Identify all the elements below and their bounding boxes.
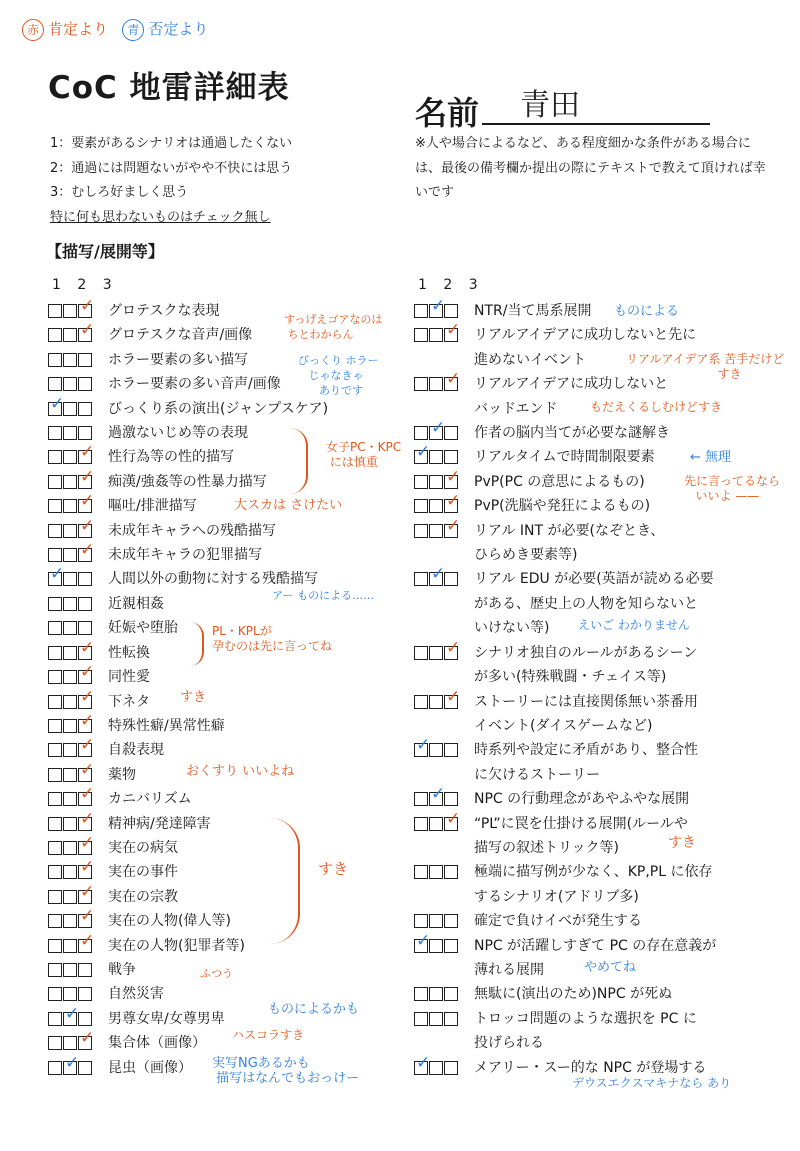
rating-checkboxes bbox=[48, 616, 108, 636]
checkmark-icon: ✓ bbox=[80, 811, 94, 828]
rating-checkboxes: ✓ bbox=[48, 567, 108, 587]
checkmark-icon: ✓ bbox=[80, 542, 94, 559]
checkbox-level-2[interactable] bbox=[429, 695, 443, 709]
checkbox-level-3[interactable] bbox=[444, 304, 458, 318]
annotation-cluster: ハスコラすき bbox=[232, 1028, 304, 1043]
item-label: ストーリーには直接関係無い茶番用 イベント(ダイスゲームなど) bbox=[474, 690, 774, 739]
rating-checkboxes: ✓ bbox=[414, 641, 474, 661]
checkbox-level-1[interactable] bbox=[48, 1012, 62, 1026]
checklist-row: ✓ストーリーには直接関係無い茶番用 イベント(ダイスゲームなど) bbox=[414, 690, 774, 739]
checkbox-level-3[interactable]: ✓ bbox=[78, 743, 92, 757]
item-label: NPC の行動理念があやふやな展開 bbox=[474, 787, 774, 811]
checkbox-level-1[interactable] bbox=[48, 304, 62, 318]
checkbox-level-2[interactable] bbox=[63, 768, 77, 782]
rating-checkboxes: ✓ bbox=[414, 567, 474, 587]
instructions-note: ※人や場合によるなど、ある程度細かな条件がある場合には、最後の備考欄か提出の際に… bbox=[415, 132, 775, 206]
checkbox-level-2[interactable] bbox=[429, 817, 443, 831]
checkbox-level-2[interactable] bbox=[63, 377, 77, 391]
checkbox-level-3[interactable] bbox=[78, 963, 92, 977]
rating-checkboxes: ✓ bbox=[48, 397, 108, 417]
checkbox-level-2[interactable]: ✓ bbox=[429, 792, 443, 806]
checkbox-level-2[interactable] bbox=[429, 987, 443, 1001]
level-legend: 1：要素があるシナリオは通過したくない 2：通過には問題ないがやや不快には思う … bbox=[50, 132, 292, 230]
checkbox-level-2[interactable] bbox=[429, 475, 443, 489]
checkbox-level-3[interactable]: ✓ bbox=[444, 328, 458, 342]
checkbox-level-2[interactable] bbox=[63, 402, 77, 416]
item-label: 確定で負けイベが発生する bbox=[474, 909, 774, 933]
checkbox-level-1[interactable] bbox=[48, 353, 62, 367]
checklist-row: ✓未成年キャラの犯罪描写 bbox=[48, 543, 408, 567]
checkbox-level-3[interactable] bbox=[444, 1061, 458, 1075]
checkbox-level-1[interactable] bbox=[48, 792, 62, 806]
checkbox-level-3[interactable]: ✓ bbox=[444, 377, 458, 391]
page-title: CoC 地雷詳細表 bbox=[48, 62, 290, 107]
checkbox-level-1[interactable] bbox=[48, 475, 62, 489]
checkbox-level-2[interactable] bbox=[63, 524, 77, 538]
checkmark-icon: ✓ bbox=[80, 664, 94, 681]
checkbox-level-3[interactable] bbox=[78, 1061, 92, 1075]
checkmark-icon: ✓ bbox=[80, 713, 94, 730]
checkbox-level-3[interactable] bbox=[444, 426, 458, 440]
annotation-gender: ものによるかも bbox=[268, 1002, 359, 1017]
checklist-row: 無駄に(演出のため)NPC が死ぬ bbox=[414, 982, 774, 1006]
rating-checkboxes: ✓ bbox=[48, 543, 108, 563]
checkbox-level-2[interactable] bbox=[63, 499, 77, 513]
annotation-npc-active: やめてね bbox=[584, 960, 636, 975]
checkbox-level-2[interactable] bbox=[63, 890, 77, 904]
checklist-row: ✓実在の宗教 bbox=[48, 885, 408, 909]
rating-checkboxes bbox=[48, 348, 108, 368]
level-3: 3：むしろ好ましく思う bbox=[50, 181, 292, 206]
checkmark-icon: ✓ bbox=[80, 493, 94, 510]
rating-checkboxes: ✓ bbox=[48, 323, 108, 343]
checkbox-level-3[interactable] bbox=[444, 1012, 458, 1026]
rating-checkboxes: ✓ bbox=[48, 445, 108, 465]
annotation-pregnancy: PL・KPLが 孕むのは先に言ってね bbox=[212, 624, 332, 654]
checkbox-level-1[interactable] bbox=[414, 304, 428, 318]
item-label: びっくり系の演出(ジャンプスケア) bbox=[108, 397, 408, 421]
checkbox-level-2[interactable] bbox=[63, 426, 77, 440]
checkbox-level-2[interactable] bbox=[63, 719, 77, 733]
checkbox-level-2[interactable]: ✓ bbox=[429, 304, 443, 318]
checkbox-level-1[interactable] bbox=[414, 792, 428, 806]
rating-checkboxes bbox=[48, 592, 108, 612]
checkmark-icon: ✓ bbox=[446, 811, 460, 828]
checkbox-level-2[interactable] bbox=[429, 914, 443, 928]
checkbox-level-3[interactable] bbox=[444, 792, 458, 806]
rating-checkboxes: ✓ bbox=[48, 763, 108, 783]
checkbox-level-1[interactable]: ✓ bbox=[414, 743, 428, 757]
checkbox-level-3[interactable]: ✓ bbox=[78, 670, 92, 684]
checkbox-level-1[interactable]: ✓ bbox=[48, 572, 62, 586]
checkbox-level-3[interactable] bbox=[444, 914, 458, 928]
rating-checkboxes bbox=[414, 860, 474, 880]
checkbox-level-2[interactable] bbox=[429, 1012, 443, 1026]
checkbox-level-1[interactable]: ✓ bbox=[414, 1061, 428, 1075]
checkbox-level-3[interactable]: ✓ bbox=[78, 475, 92, 489]
checkbox-level-2[interactable] bbox=[63, 670, 77, 684]
checkbox-level-1[interactable] bbox=[48, 426, 62, 440]
rating-checkboxes: ✓ bbox=[414, 299, 474, 319]
checkbox-level-1[interactable]: ✓ bbox=[414, 939, 428, 953]
item-label: 時系列や設定に矛盾があり、整合性 に欠けるストーリー bbox=[474, 738, 774, 787]
red-mark-icon: 赤 bbox=[22, 19, 44, 41]
rating-checkboxes: ✓ bbox=[414, 1056, 474, 1076]
checkbox-level-1[interactable] bbox=[48, 939, 62, 953]
checkbox-level-3[interactable]: ✓ bbox=[78, 817, 92, 831]
checkbox-level-1[interactable] bbox=[48, 597, 62, 611]
item-label: 痴漢/強姦等の性暴力描写 bbox=[108, 470, 408, 494]
checkbox-level-1[interactable] bbox=[414, 328, 428, 342]
item-label: 未成年キャラの犯罪描写 bbox=[108, 543, 408, 567]
checkbox-level-1[interactable] bbox=[48, 524, 62, 538]
checkbox-level-3[interactable] bbox=[444, 987, 458, 1001]
annotation-disaster: ふつう bbox=[200, 966, 233, 981]
checklist-row: ✓嘔吐/排泄描写 bbox=[48, 494, 408, 518]
checkmark-icon: ✓ bbox=[446, 689, 460, 706]
item-label: 戦争 bbox=[108, 958, 408, 982]
item-label: 下ネタ bbox=[108, 690, 408, 714]
checkmark-icon: ✓ bbox=[80, 737, 94, 754]
checkbox-level-1[interactable]: ✓ bbox=[414, 450, 428, 464]
checkbox-level-1[interactable] bbox=[414, 426, 428, 440]
checkbox-level-3[interactable] bbox=[78, 572, 92, 586]
checkmark-icon: ✓ bbox=[80, 322, 94, 339]
item-label: 実在の宗教 bbox=[108, 885, 408, 909]
item-label: 実在の人物(偉人等) bbox=[108, 909, 408, 933]
checkbox-level-3[interactable]: ✓ bbox=[78, 499, 92, 513]
checkbox-level-1[interactable] bbox=[414, 646, 428, 660]
rating-checkboxes: ✓ bbox=[48, 470, 108, 490]
annotation-grotesque: すっげえゴアなのは ちとわからん bbox=[284, 312, 382, 342]
checkbox-level-3[interactable] bbox=[78, 1012, 92, 1026]
item-label: 特殊性癖/異常性癖 bbox=[108, 714, 408, 738]
annotation-animal: アー ものによる…… bbox=[272, 588, 374, 603]
checkbox-level-3[interactable]: ✓ bbox=[78, 890, 92, 904]
level-1: 1：要素があるシナリオは通過したくない bbox=[50, 132, 292, 157]
rating-checkboxes: ✓ bbox=[414, 494, 474, 514]
checkbox-level-1[interactable] bbox=[48, 621, 62, 635]
rating-checkboxes: ✓ bbox=[414, 738, 474, 758]
checkbox-level-3[interactable]: ✓ bbox=[444, 695, 458, 709]
red-legend-text: 肯定より bbox=[48, 20, 108, 38]
rating-checkboxes: ✓ bbox=[48, 1007, 108, 1027]
checklist-row: ✓未成年キャラへの残酷描写 bbox=[48, 519, 408, 543]
checkbox-level-3[interactable]: ✓ bbox=[78, 792, 92, 806]
rating-checkboxes: ✓ bbox=[48, 934, 108, 954]
checkmark-icon: ✓ bbox=[446, 322, 460, 339]
checkbox-level-2[interactable]: ✓ bbox=[63, 1061, 77, 1075]
checkbox-level-2[interactable] bbox=[63, 792, 77, 806]
checkbox-level-1[interactable] bbox=[414, 914, 428, 928]
rating-checkboxes: ✓ bbox=[48, 787, 108, 807]
annotation-real: すき bbox=[318, 862, 348, 877]
checkbox-level-1[interactable] bbox=[48, 719, 62, 733]
color-legend: 赤肯定より 青否定より bbox=[22, 18, 208, 41]
item-label: “PL”に罠を仕掛ける展開(ルールや 描写の叙述トリック等) bbox=[474, 812, 774, 861]
checkbox-level-3[interactable] bbox=[78, 377, 92, 391]
rating-checkboxes: ✓ bbox=[48, 690, 108, 710]
rating-checkboxes: ✓ bbox=[414, 470, 474, 490]
left-checklist: ✓グロテスクな表現✓グロテスクな音声/画像ホラー要素の多い描写ホラー要素の多い音… bbox=[48, 299, 408, 1080]
checkbox-level-3[interactable]: ✓ bbox=[78, 841, 92, 855]
checkbox-level-1[interactable] bbox=[48, 328, 62, 342]
checkmark-icon: ✓ bbox=[80, 444, 94, 461]
item-label: NPC が活躍しすぎて PC の存在意義が 薄れる展開 bbox=[474, 934, 774, 983]
item-label: 精神病/発達障害 bbox=[108, 812, 408, 836]
rating-checkboxes bbox=[48, 421, 108, 441]
item-label: 実在の事件 bbox=[108, 860, 408, 884]
checkbox-level-1[interactable] bbox=[48, 670, 62, 684]
checkbox-level-2[interactable] bbox=[429, 524, 443, 538]
checkbox-level-1[interactable] bbox=[48, 1036, 62, 1050]
checkbox-level-3[interactable] bbox=[78, 987, 92, 1001]
checkbox-level-3[interactable]: ✓ bbox=[78, 719, 92, 733]
checklist-row: ✓下ネタ bbox=[48, 690, 408, 714]
checkbox-level-1[interactable] bbox=[48, 963, 62, 977]
checkbox-level-2[interactable] bbox=[63, 328, 77, 342]
rating-checkboxes: ✓ bbox=[414, 323, 474, 343]
checkbox-level-1[interactable] bbox=[414, 524, 428, 538]
checkbox-level-3[interactable]: ✓ bbox=[78, 548, 92, 562]
checkbox-level-3[interactable] bbox=[444, 939, 458, 953]
checkbox-level-2[interactable] bbox=[63, 939, 77, 953]
rating-checkboxes: ✓ bbox=[414, 421, 474, 441]
checkbox-level-1[interactable] bbox=[48, 548, 62, 562]
checkbox-level-2[interactable] bbox=[429, 646, 443, 660]
rating-checkboxes: ✓ bbox=[414, 690, 474, 710]
checkbox-level-3[interactable] bbox=[78, 353, 92, 367]
checkbox-level-1[interactable] bbox=[48, 743, 62, 757]
annotation-insect: 実写NGあるかも 描写はなんでもおっけー bbox=[212, 1056, 359, 1086]
rating-checkboxes: ✓ bbox=[414, 445, 474, 465]
annotation-pvp: 先に言ってるなら いいよ —— bbox=[684, 474, 780, 504]
checkbox-level-3[interactable]: ✓ bbox=[78, 328, 92, 342]
rating-checkboxes: ✓ bbox=[48, 885, 108, 905]
annotation-ntr: ものによる bbox=[614, 304, 679, 319]
checklist-row: ✓実在の人物(犯罪者等) bbox=[48, 934, 408, 958]
item-label: 実在の病気 bbox=[108, 836, 408, 860]
rating-checkboxes: ✓ bbox=[48, 738, 108, 758]
checklist-row: ✓特殊性癖/異常性癖 bbox=[48, 714, 408, 738]
brace-real bbox=[270, 818, 300, 944]
checklist-row: ✓リアル INT が必要(なぞとき、 ひらめき要素等) bbox=[414, 519, 774, 568]
level-note: 特に何も思わないものはチェック無し bbox=[50, 206, 292, 231]
checkmark-icon: ✓ bbox=[80, 884, 94, 901]
checkbox-level-1[interactable] bbox=[414, 475, 428, 489]
checkmark-icon: ✓ bbox=[80, 786, 94, 803]
checkbox-level-3[interactable] bbox=[78, 597, 92, 611]
checklist-row: ✓NTR/当て馬系展開 bbox=[414, 299, 774, 323]
checkbox-level-1[interactable] bbox=[48, 1061, 62, 1075]
checkbox-level-2[interactable]: ✓ bbox=[63, 1012, 77, 1026]
checkbox-level-3[interactable]: ✓ bbox=[78, 939, 92, 953]
checkbox-level-2[interactable] bbox=[63, 572, 77, 586]
checkbox-level-2[interactable] bbox=[63, 353, 77, 367]
checklist-row: ✓同性愛 bbox=[48, 665, 408, 689]
checkbox-level-2[interactable] bbox=[63, 914, 77, 928]
checkmark-icon: ✓ bbox=[80, 1030, 94, 1047]
item-label: 未成年キャラへの残酷描写 bbox=[108, 519, 408, 543]
rating-checkboxes bbox=[48, 372, 108, 392]
rating-checkboxes: ✓ bbox=[48, 909, 108, 929]
checkmark-icon: ✓ bbox=[80, 859, 94, 876]
checklist-row: ✓実在の人物(偉人等) bbox=[48, 909, 408, 933]
checkmark-icon: ✓ bbox=[446, 469, 460, 486]
checkbox-level-3[interactable]: ✓ bbox=[444, 524, 458, 538]
checkbox-level-1[interactable] bbox=[48, 914, 62, 928]
checkmark-icon: ✓ bbox=[80, 835, 94, 852]
annotation-trap: すき bbox=[668, 836, 696, 851]
checkbox-level-3[interactable]: ✓ bbox=[78, 646, 92, 660]
checkbox-level-3[interactable] bbox=[78, 402, 92, 416]
checkbox-level-3[interactable]: ✓ bbox=[444, 475, 458, 489]
checkbox-level-1[interactable] bbox=[414, 499, 428, 513]
checkbox-level-1[interactable]: ✓ bbox=[48, 402, 62, 416]
checkbox-level-2[interactable]: ✓ bbox=[429, 572, 443, 586]
checkbox-level-3[interactable]: ✓ bbox=[444, 499, 458, 513]
checkbox-level-3[interactable]: ✓ bbox=[78, 865, 92, 879]
checklist-row: ✓時系列や設定に矛盾があり、整合性 に欠けるストーリー bbox=[414, 738, 774, 787]
checkbox-level-2[interactable] bbox=[429, 743, 443, 757]
annotation-realtime: ← 無理 bbox=[690, 450, 731, 465]
checkbox-level-3[interactable]: ✓ bbox=[444, 646, 458, 660]
annotation-horror: びっくり ホラー じゃなきゃ ありです bbox=[298, 353, 379, 398]
checklist-row: ✓NPC が活躍しすぎて PC の存在意義が 薄れる展開 bbox=[414, 934, 774, 983]
rating-checkboxes bbox=[48, 958, 108, 978]
checkbox-level-2[interactable] bbox=[63, 987, 77, 1001]
checkbox-level-2[interactable] bbox=[63, 963, 77, 977]
checkbox-level-2[interactable] bbox=[429, 939, 443, 953]
checkbox-level-2[interactable] bbox=[63, 597, 77, 611]
checkbox-level-3[interactable]: ✓ bbox=[78, 768, 92, 782]
checklist-row: ✓精神病/発達障害 bbox=[48, 812, 408, 836]
checkbox-level-2[interactable] bbox=[63, 695, 77, 709]
checkbox-level-1[interactable] bbox=[48, 768, 62, 782]
checkbox-level-2[interactable] bbox=[63, 743, 77, 757]
annotation-real-idea: リアルアイデア系 苦手だけど すき bbox=[626, 352, 784, 382]
rating-checkboxes: ✓ bbox=[414, 812, 474, 832]
checkmark-icon: ✓ bbox=[446, 371, 460, 388]
checklist-row: ✓カニバリズム bbox=[48, 787, 408, 811]
checkbox-level-2[interactable] bbox=[429, 450, 443, 464]
checkbox-level-1[interactable] bbox=[414, 865, 428, 879]
checkbox-level-2[interactable]: ✓ bbox=[429, 426, 443, 440]
checkbox-level-2[interactable] bbox=[63, 304, 77, 318]
checkbox-level-1[interactable] bbox=[48, 499, 62, 513]
blue-legend-text: 否定より bbox=[148, 20, 208, 38]
checkbox-level-3[interactable]: ✓ bbox=[444, 817, 458, 831]
checkbox-level-2[interactable] bbox=[63, 646, 77, 660]
checkbox-level-3[interactable]: ✓ bbox=[78, 914, 92, 928]
checkbox-level-1[interactable] bbox=[414, 377, 428, 391]
right-column-header: 1 2 3 bbox=[418, 277, 484, 293]
checkbox-level-1[interactable] bbox=[48, 695, 62, 709]
rating-checkboxes: ✓ bbox=[414, 372, 474, 392]
checkbox-level-1[interactable] bbox=[414, 695, 428, 709]
checkbox-level-3[interactable] bbox=[78, 426, 92, 440]
checkbox-level-1[interactable] bbox=[414, 987, 428, 1001]
checkbox-level-1[interactable] bbox=[48, 377, 62, 391]
checkbox-level-2[interactable] bbox=[63, 817, 77, 831]
checkbox-level-1[interactable] bbox=[48, 987, 62, 1001]
item-label: トロッコ問題のような選択を PC に 投げられる bbox=[474, 1007, 774, 1056]
checkmark-icon: ✓ bbox=[446, 640, 460, 657]
item-label: 自然災害 bbox=[108, 982, 408, 1006]
checkbox-level-2[interactable] bbox=[63, 841, 77, 855]
rating-checkboxes: ✓ bbox=[48, 641, 108, 661]
checklist-row: ✓自殺表現 bbox=[48, 738, 408, 762]
checkbox-level-2[interactable] bbox=[63, 450, 77, 464]
checkbox-level-3[interactable] bbox=[444, 450, 458, 464]
checkbox-level-1[interactable] bbox=[48, 450, 62, 464]
checkbox-level-2[interactable] bbox=[63, 475, 77, 489]
checklist-row: ✓作者の脳内当てが必要な謎解き bbox=[414, 421, 774, 445]
checkbox-level-2[interactable] bbox=[429, 499, 443, 513]
checkbox-level-1[interactable] bbox=[48, 646, 62, 660]
section-title: 【描写/展開等】 bbox=[46, 239, 164, 262]
checkbox-level-1[interactable] bbox=[414, 572, 428, 586]
rating-checkboxes: ✓ bbox=[414, 787, 474, 807]
checkbox-level-3[interactable] bbox=[444, 743, 458, 757]
checkbox-level-3[interactable]: ✓ bbox=[78, 450, 92, 464]
checkbox-level-2[interactable] bbox=[429, 328, 443, 342]
checklist-row: ✓実在の事件 bbox=[48, 860, 408, 884]
checkbox-level-1[interactable] bbox=[48, 841, 62, 855]
rating-checkboxes: ✓ bbox=[414, 934, 474, 954]
checkbox-level-2[interactable] bbox=[429, 1061, 443, 1075]
checkbox-level-2[interactable] bbox=[63, 621, 77, 635]
item-label: 無駄に(演出のため)NPC が死ぬ bbox=[474, 982, 774, 1006]
rating-checkboxes: ✓ bbox=[48, 1056, 108, 1076]
item-label: 作者の脳内当てが必要な謎解き bbox=[474, 421, 774, 445]
checkbox-level-1[interactable] bbox=[414, 1012, 428, 1026]
checkbox-level-2[interactable] bbox=[63, 1036, 77, 1050]
checkbox-level-1[interactable] bbox=[414, 817, 428, 831]
rating-checkboxes bbox=[414, 1007, 474, 1027]
checkbox-level-3[interactable] bbox=[78, 621, 92, 635]
checkmark-icon: ✓ bbox=[446, 493, 460, 510]
left-column-header: 1 2 3 bbox=[52, 277, 118, 293]
checkbox-level-2[interactable] bbox=[429, 377, 443, 391]
checkbox-level-2[interactable] bbox=[429, 865, 443, 879]
name-value[interactable]: 青田 bbox=[520, 80, 580, 124]
checkbox-level-2[interactable] bbox=[63, 865, 77, 879]
item-label: 自殺表現 bbox=[108, 738, 408, 762]
checklist-row: トロッコ問題のような選択を PC に 投げられる bbox=[414, 1007, 774, 1056]
annotation-sexual: 女子PC・KPC には慎重 bbox=[326, 440, 401, 470]
checkbox-level-1[interactable] bbox=[48, 890, 62, 904]
name-label: 名前 bbox=[415, 88, 479, 134]
checkmark-icon: ✓ bbox=[80, 762, 94, 779]
rating-checkboxes bbox=[414, 982, 474, 1002]
item-label: カニバリズム bbox=[108, 787, 408, 811]
rating-checkboxes: ✓ bbox=[48, 1031, 108, 1051]
checkbox-level-3[interactable]: ✓ bbox=[78, 304, 92, 318]
checkbox-level-3[interactable] bbox=[444, 865, 458, 879]
checkbox-level-3[interactable]: ✓ bbox=[78, 524, 92, 538]
rating-checkboxes bbox=[48, 982, 108, 1002]
item-label: 実在の人物(犯罪者等) bbox=[108, 934, 408, 958]
checkbox-level-1[interactable] bbox=[48, 865, 62, 879]
checkbox-level-3[interactable] bbox=[444, 572, 458, 586]
checkbox-level-2[interactable] bbox=[63, 548, 77, 562]
checkbox-level-3[interactable]: ✓ bbox=[78, 1036, 92, 1050]
checkbox-level-1[interactable] bbox=[48, 817, 62, 831]
checkbox-level-3[interactable]: ✓ bbox=[78, 695, 92, 709]
item-label: リアル INT が必要(なぞとき、 ひらめき要素等) bbox=[474, 519, 774, 568]
rating-checkboxes: ✓ bbox=[48, 812, 108, 832]
